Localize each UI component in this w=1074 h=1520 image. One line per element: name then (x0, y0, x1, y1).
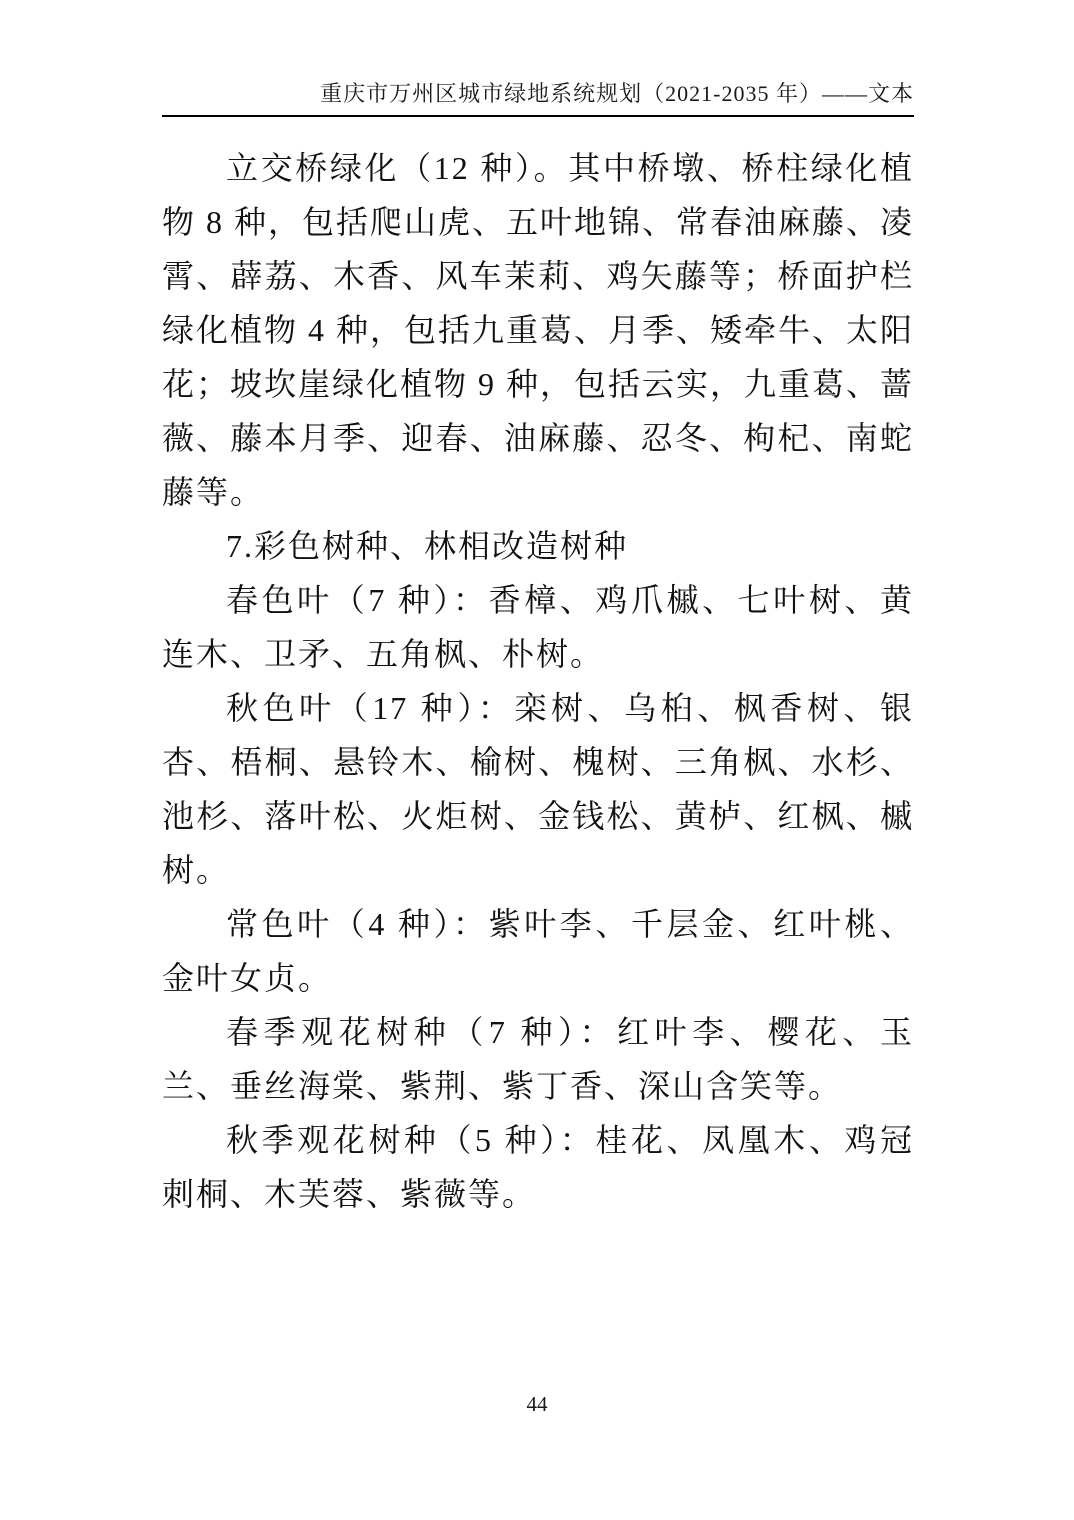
header-title: 重庆市万州区城市绿地系统规划（2021-2035 年）——文本 (162, 80, 914, 108)
paragraph-spring-flowering-trees: 春季观花树种（7 种）：红叶李、樱花、玉兰、垂丝海棠、紫荆、紫丁香、深山含笑等。 (162, 1005, 914, 1113)
paragraph-autumn-flowering-trees: 秋季观花树种（5 种）：桂花、凤凰木、鸡冠刺桐、木芙蓉、紫薇等。 (162, 1113, 914, 1221)
paragraph-overpass-greening: 立交桥绿化（12 种）。其中桥墩、桥柱绿化植物 8 种，包括爬山虎、五叶地锦、常… (162, 141, 914, 519)
page-header: 重庆市万州区城市绿地系统规划（2021-2035 年）——文本 (162, 80, 914, 117)
section-heading-colored-tree-species: 7.彩色树种、林相改造树种 (162, 519, 914, 573)
document-body: 立交桥绿化（12 种）。其中桥墩、桥柱绿化植物 8 种，包括爬山虎、五叶地锦、常… (162, 141, 914, 1221)
page-number: 44 (527, 1392, 548, 1416)
page-footer: 44 (0, 1392, 1074, 1417)
paragraph-autumn-color-leaves: 秋色叶（17 种）：栾树、乌桕、枫香树、银杏、梧桐、悬铃木、榆树、槐树、三角枫、… (162, 681, 914, 897)
paragraph-constant-color-leaves: 常色叶（4 种）：紫叶李、千层金、红叶桃、金叶女贞。 (162, 897, 914, 1005)
paragraph-spring-color-leaves: 春色叶（7 种）：香樟、鸡爪槭、七叶树、黄连木、卫矛、五角枫、朴树。 (162, 573, 914, 681)
document-page: 重庆市万州区城市绿地系统规划（2021-2035 年）——文本 立交桥绿化（12… (0, 0, 1074, 1520)
